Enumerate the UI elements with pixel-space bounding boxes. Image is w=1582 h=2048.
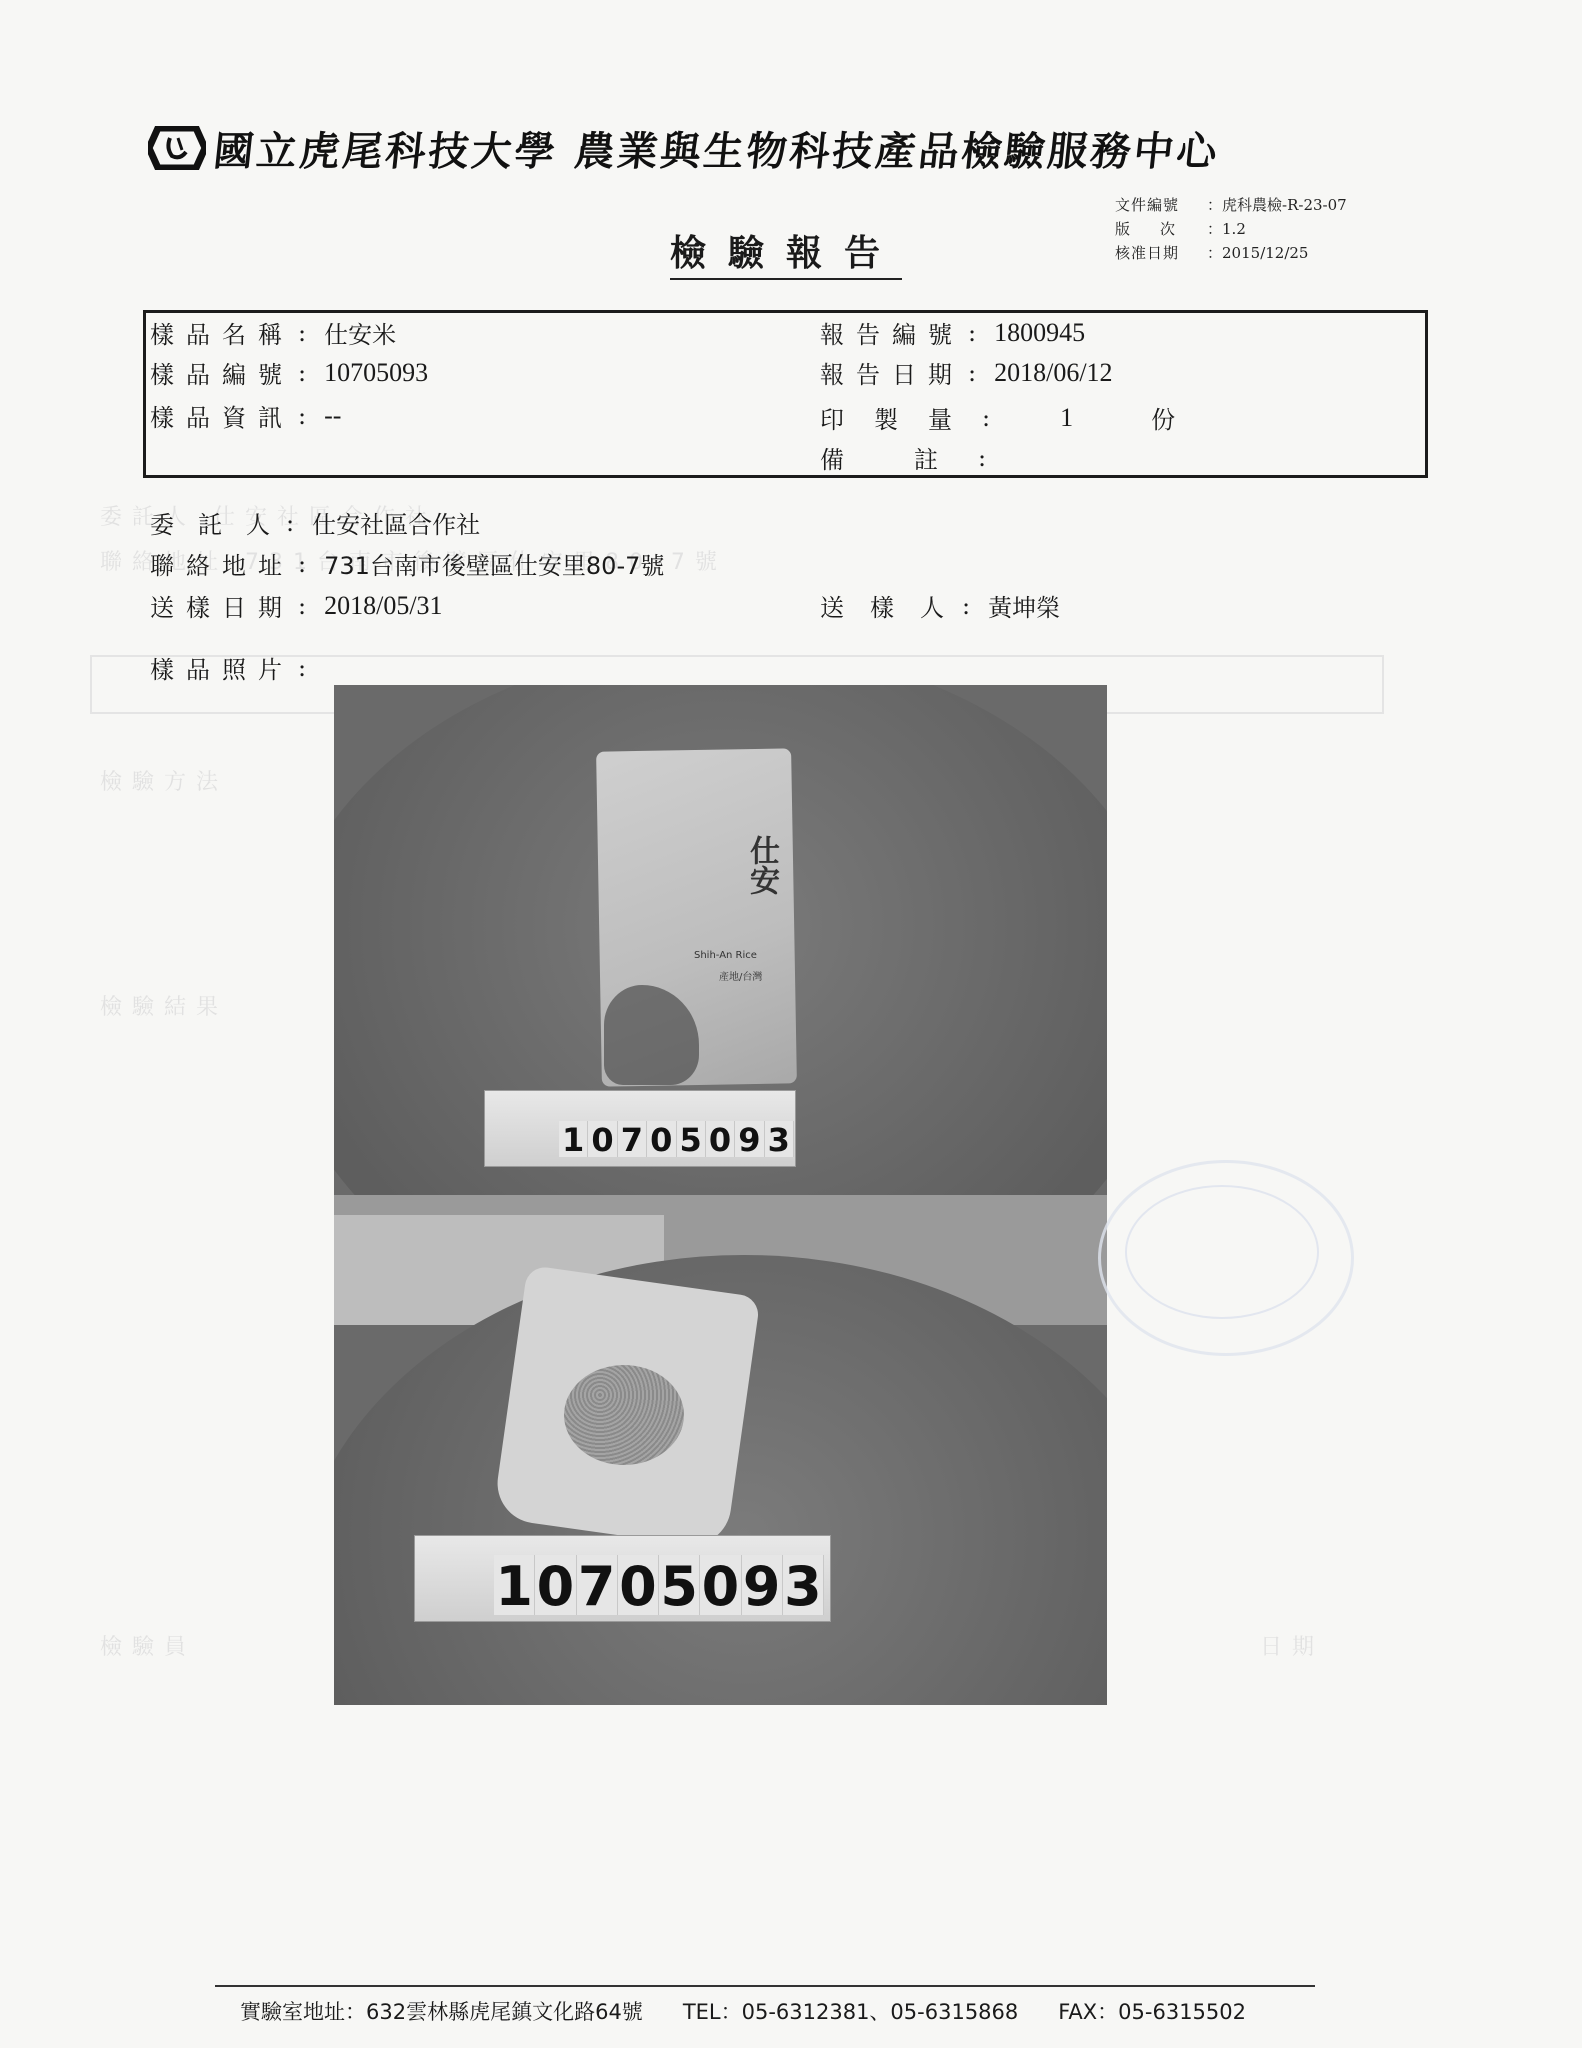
submitter-label: 送樣人 [820,588,970,623]
tag-digit: 0 [647,1121,676,1157]
tag-digit: 1 [559,1121,588,1157]
tag-digit: 7 [577,1555,618,1615]
print-quantity-unit: 份 [1151,400,1175,435]
report-date-field: 報告日期: 2018/06/12 [820,355,1113,390]
lab-fax: FAX：05-6315502 [1058,1996,1246,2026]
bleed-through-text: 檢驗員 [100,1630,196,1661]
sample-photo-2: 10705093 [334,1195,1107,1705]
tag-digit: 9 [742,1555,783,1615]
organization-name: 國立虎尾科技大學 農業與生物科技產品檢驗服務中心 [211,120,1223,177]
page-title: 檢驗報告 [670,225,902,280]
submission-date: 2018/05/31 [324,591,442,621]
photos-label: 樣品照片 [150,650,294,685]
sample-number-tag: 10705093 [559,1121,794,1157]
report-number: 1800945 [994,318,1085,348]
report-number-field: 報告編號: 1800945 [820,315,1085,350]
footer-contact: 實驗室地址：632雲林縣虎尾鎮文化路64號 TEL：05-6312381、05-… [240,1996,1246,2026]
bleed-through-text: 日期 [1260,1630,1324,1661]
bleed-through-text: 檢驗方法 [100,765,228,796]
sample-name-field: 樣品名稱: 仕安米 [150,315,396,350]
sample-details-label: 樣品資訊 [150,398,294,433]
photos-label-field: 樣品照片: [150,650,324,685]
sample-name-label: 樣品名稱 [150,315,294,350]
tag-digit: 3 [783,1555,824,1615]
tag-digit: 0 [706,1121,735,1157]
official-seal-inner [1125,1185,1319,1319]
sample-name: 仕安米 [324,315,396,350]
tag-digit: 0 [588,1121,617,1157]
report-number-label: 報告編號 [820,315,964,350]
sample-number-tag: 10705093 [494,1555,824,1615]
footer-divider [215,1985,1315,1987]
report-date-label: 報告日期 [820,355,964,390]
version-label: 版次 [1115,217,1207,241]
bag-english-text: Shih-An Rice [694,950,757,961]
sample-details-field: 樣品資訊: -- [150,398,341,433]
sample-details: -- [324,401,341,431]
report-date: 2018/06/12 [994,358,1112,388]
tag-digit: 9 [735,1121,764,1157]
version: 1.2 [1222,217,1246,241]
approval-date-label: 核准日期 [1115,241,1207,265]
bag-brand-text: 仕安 [739,835,783,895]
tag-digit: 0 [618,1555,659,1615]
tag-digit: 5 [677,1121,706,1157]
client-label: 委託人 [150,505,294,540]
tag-digit: 0 [535,1555,576,1615]
submitter: 黃坤榮 [988,588,1060,623]
sample-number-field: 樣品編號: 10705093 [150,355,428,390]
print-quantity-field: 印製量: 1 份 [820,400,1175,435]
document-number-label: 文件編號 [1115,193,1207,217]
print-quantity: 1 [1060,403,1073,433]
university-logo-icon [148,126,206,170]
address-label: 聯絡地址 [150,546,294,581]
submission-date-label: 送樣日期 [150,588,294,623]
bleed-through-text: 檢驗結果 [100,990,228,1021]
tag-digit: 7 [618,1121,647,1157]
client-name: 仕安社區合作社 [312,505,480,540]
sample-photo-1: 仕安 Shih-An Rice 產地/台灣 10705093 [334,685,1107,1195]
tag-digit: 3 [765,1121,794,1157]
sample-number: 10705093 [324,358,428,388]
lab-address: 實驗室地址：632雲林縣虎尾鎮文化路64號 [240,1996,643,2026]
bag-origin-text: 產地/台灣 [719,968,762,983]
sample-number-label: 樣品編號 [150,355,294,390]
document-metadata: 文件編號： 虎科農檢-R-23-07 版次： 1.2 核准日期： 2015/12… [1115,193,1347,265]
client-field: 委託人: 仕安社區合作社 [150,505,480,540]
organization-header: 國立虎尾科技大學 農業與生物科技產品檢驗服務中心 [148,118,1428,178]
document-number: 虎科農檢-R-23-07 [1222,193,1347,217]
approval-date: 2015/12/25 [1222,241,1308,265]
address-field: 聯絡地址: 731台南市後壁區仕安里80-7號 [150,546,664,581]
lab-tel: TEL：05-6312381、05-6315868 [683,1996,1018,2026]
address: 731台南市後壁區仕安里80-7號 [324,546,664,581]
submission-date-field: 送樣日期: 2018/05/31 [150,588,443,623]
tag-digit: 5 [659,1555,700,1615]
print-quantity-label: 印製量 [820,400,982,435]
tag-digit: 1 [494,1555,535,1615]
tag-digit: 0 [700,1555,741,1615]
rice-grains [564,1365,684,1465]
submitter-field: 送樣人: 黃坤榮 [820,588,1060,623]
remarks-field: 備註: [820,440,1004,475]
